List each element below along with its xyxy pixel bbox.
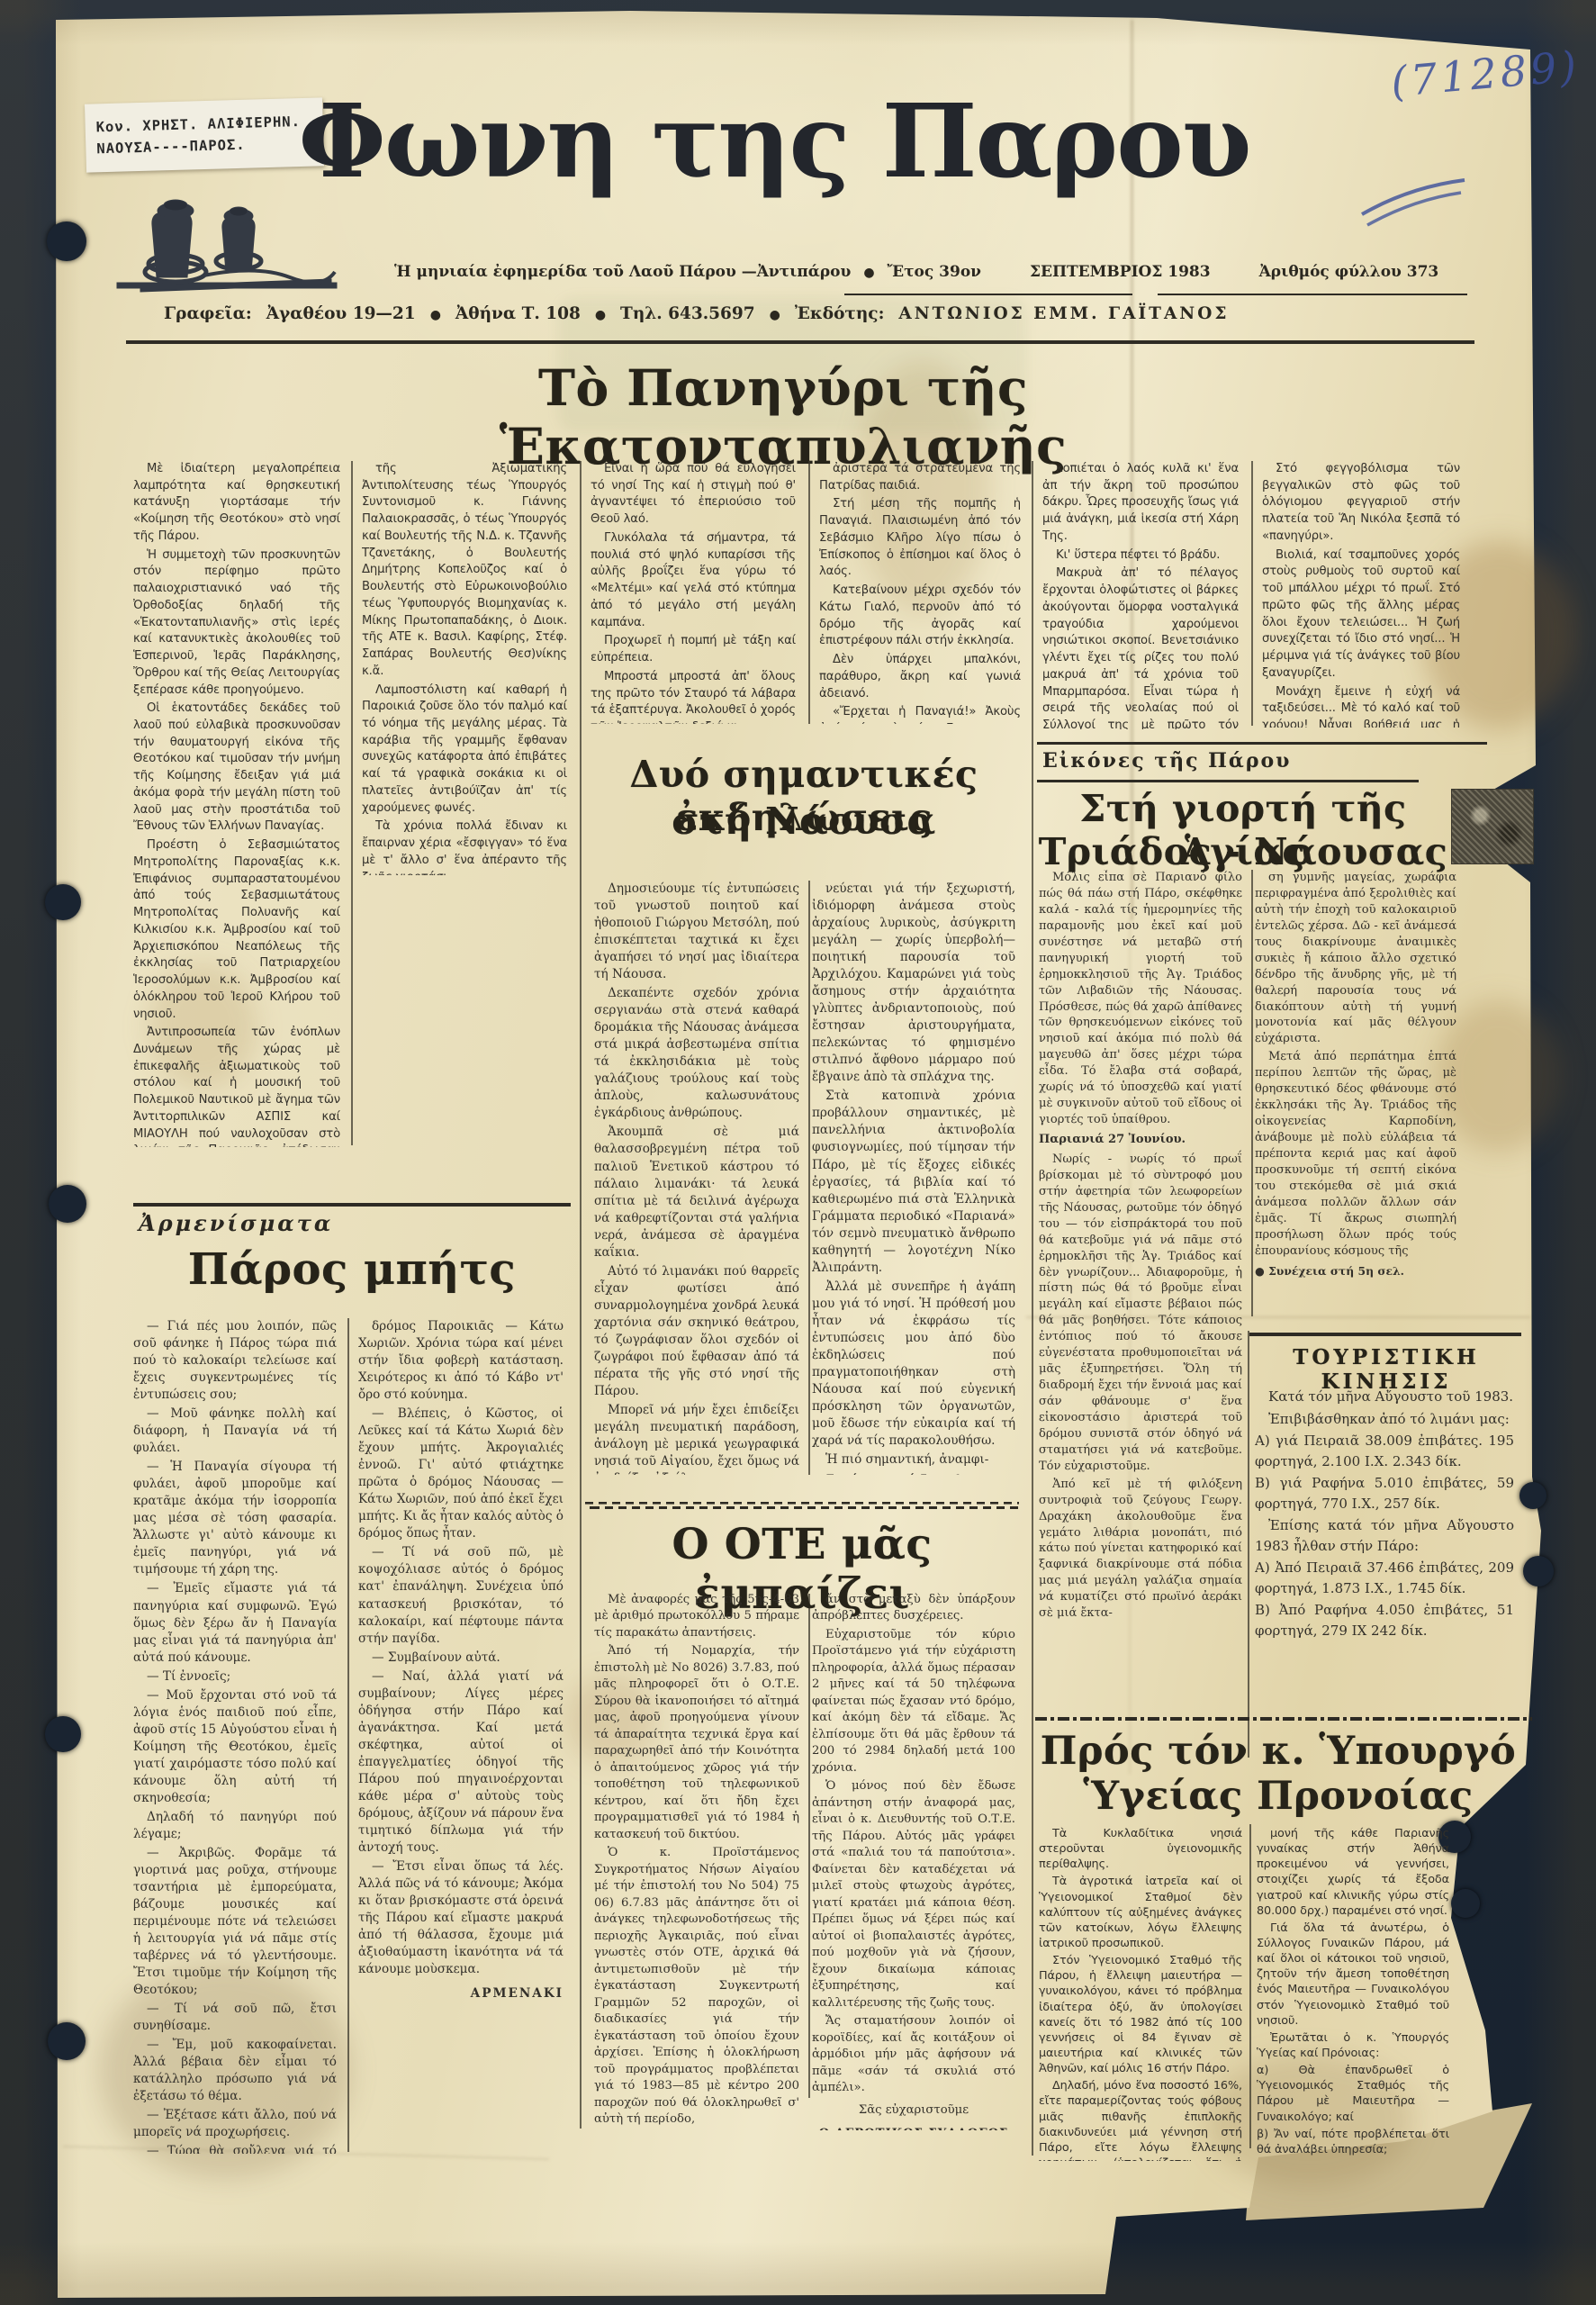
divider-rule (1037, 742, 1487, 745)
article-column: κοπιέται ὁ λαός κυλᾶ κι' ἕνα ἀπ τήν ἄκρη… (1042, 461, 1239, 729)
paragraph: — Βλέπεις, ὁ Κῶστος, οἱ Λεῦκες καί τά Κά… (358, 1406, 564, 1542)
paragraph: τῆς Ἀξιωματικῆς Ἀντιπολίτευσης τέως Ὑπου… (362, 461, 567, 681)
article-column: τῆς Ἀξιωματικῆς Ἀντιπολίτευσης τέως Ὑπου… (362, 461, 567, 875)
paragraph: Ἀπό τή Νομαρχία, τήν ἐπιστολὴ μὲ Νο 8026… (594, 1643, 799, 1843)
paragraph: ● Συνέχεια στή 5η σελ. (812, 1472, 1015, 1475)
paragraph: Ο ΑΓΡΟΤΙΚΟΣ ΣΥΛΛΟΓΟΣ (812, 2126, 1015, 2130)
column-rule (351, 461, 353, 1145)
subtitle-month: ΣΕΠΤΕΜΒΡΙΟΣ 1983 (1030, 263, 1211, 281)
punch-hole (1451, 1889, 1480, 1918)
paragraph: — Συμβαίνουν αὐτά. (358, 1650, 564, 1667)
paragraph: Στὰ κατοπινὰ χρόνια προβάλλουν σημαντικέ… (812, 1088, 1015, 1276)
paragraph: Μόλις εἶπα σὲ Παριανό φίλο πώς θά πάω στ… (1039, 870, 1242, 1128)
paragraph: Β) Ἀπό Ραφήνα 4.050 ἐπιβάτες, 51 φορτηγά… (1255, 1600, 1514, 1641)
punch-hole (49, 1185, 86, 1223)
paragraph: Προέστη ὁ Σεβασμιώτατος Μητροπολίτης Παρ… (133, 837, 340, 1023)
paragraph: «Ἔρχεται ἡ Παναγιά!» Ἀκοὺς ἀπό στόμα σὲ … (819, 704, 1021, 724)
paragraph: Ἡ συμμετοχὴ τῶν προσκυνητῶν στόν περίφημ… (133, 547, 340, 700)
paragraph: Μπορεῖ νά μήν ἔχει ἐπιδείξει μεγάλη πνευ… (594, 1402, 799, 1475)
article-column: Τὰ Κυκλαδίτικα νησιά στεροῦνται ὑγειονομ… (1039, 1826, 1242, 2161)
paragraph: Εὐχαριστοῦμε τόν κύριο Προϊστάμενο γιά τ… (812, 1627, 1015, 1776)
bullet-separator: ● (595, 308, 606, 322)
paragraph: Βιολιά, καί τσαμποῦνες χορός στοὺς ρυθμο… (1262, 547, 1460, 682)
paragraph: Τὰ χρόνια πολλά ἔδιναν κι ἔπαιρναν χέρια… (362, 818, 567, 875)
paragraph: Αὐτό τό λιμανάκι πού θαρρεῖς εἶχαν φωτίσ… (594, 1263, 799, 1400)
paragraph: Νωρίς - νωρίς τό πρωΐ βρίσκομαι μὲ τό σὺ… (1039, 1152, 1242, 1475)
paragraph: Α) γιά Πειραιᾶ 38.009 ἐπιβάτες. 195 φορτ… (1255, 1431, 1514, 1471)
paragraph: — Ἐμεῖς εἴμαστε γιά τά πανηγύρια καί συμ… (133, 1580, 337, 1666)
column-rule (580, 461, 582, 2129)
paragraph: ΑΡΜΕΝΑΚΙ (358, 1985, 564, 2002)
paragraph: — Ναί, ἀλλά γιατί νά συμβαίνουν; Λίγες μ… (358, 1668, 564, 1857)
paragraph: Τὰ Κυκλαδίτικα νησιά στεροῦνται ὑγειονομ… (1039, 1826, 1242, 1872)
masthead-address-line: Γραφεῖα: Ἀγαθέου 19—21 ● Ἀθήνα Τ. 108 ● … (164, 304, 1229, 323)
subtitle-year: Ἔτος 39ον (888, 263, 981, 281)
paragraph: Δηλαδή τό πανηγύρι πού λέγαμε; (133, 1809, 337, 1843)
office-label: Γραφεῖα: (164, 304, 252, 323)
punch-hole (45, 884, 81, 920)
paragraph: Γιά ὅλα τά ἀνωτέρω, ὁ Σύλλογος Γυναικῶν … (1257, 1921, 1449, 2029)
paragraph: Οἱ ἑκατοντάδες δεκάδες τοῦ λαοῦ πού εὐλα… (133, 701, 340, 836)
column-rule (1251, 461, 1253, 726)
punch-hole (1519, 1482, 1546, 1509)
punch-hole (48, 2022, 86, 2060)
divider-rule (1249, 1333, 1521, 1336)
paragraph: — Γιά πές μου λοιπόν, πῶς σοῦ φάνηκε ἡ Π… (133, 1318, 337, 1404)
paragraph: — Τί ἐννοεῖς; (133, 1668, 337, 1686)
paragraph: — Ἐξέτασε κάτι ἄλλο, πού νά μπορεῖς νά π… (133, 2107, 337, 2141)
paragraph: Ὁ μόνος πού δὲν ἔδωσε ἀπάντηση στήν ἀναφ… (812, 1778, 1015, 2011)
punch-hole (1523, 1556, 1554, 1586)
paragraph: Ἐπίσης κατά τόν μῆνα Αὔγουστο 1983 ἦλθαν… (1255, 1515, 1514, 1556)
subtitle-issue: Ἀριθμός φύλλου 373 (1259, 263, 1439, 281)
paragraph: α) Θὰ ἐπανδρωθεῖ ὁ Ὑγειονομικός Σταθμός … (1257, 2063, 1449, 2125)
city: Ἀθήνα Τ. 108 (455, 304, 581, 323)
paragraph: Ἄς σταματήσουν λοιπόν οἱ κοροϊδίες, καί … (812, 2013, 1015, 2096)
article-column: νεύεται γιά τήν ξεχωριστή, ἰδιόμορφη ἀνά… (812, 881, 1015, 1475)
paragraph: Δὲν ὑπάρχει μπαλκόνι, παράθυρο, ἄκρη καί… (819, 652, 1021, 702)
paragraph: Κατεβαίνουν μέχρι σχεδόν τόν Κάτω Γιαλό,… (819, 583, 1021, 650)
divider-rule (126, 340, 1474, 344)
article-column: Εἶναι ἡ ὥρα πού θά εὐλογήσει τό νησί Της… (591, 461, 796, 724)
paragraph: — Ἔτσι εἶναι ὅπως τά λές. Ἀλλά πῶς νά τό… (358, 1858, 564, 1978)
naoussa-headline-line2: στή Νάουσα (587, 800, 1021, 843)
paragraph: Στόν Ὑγειονομικό Σταθμό τῆς Πάρου, ἡ ἔλλ… (1039, 1953, 1242, 2076)
paragraph: Δηλαδή, μόνο ἕνα ποσοστό 16%, εἴτε παραμ… (1039, 2078, 1242, 2161)
paragraph: Μὲ ἀναφορές μας τῆς 5ης-4-83 μὲ ἀριθμό π… (594, 1592, 799, 1641)
paragraph: Α) Ἀπό Πειραιᾶ 37.466 ἐπιβάτες, 209 φορτ… (1255, 1558, 1514, 1598)
paragraph: νεύεται γιά τήν ξεχωριστή, ἰδιόμορφη ἀνά… (812, 881, 1015, 1086)
article-column: Μὲ ἰδιαίτερη μεγαλοπρέπεια λαμπρότητα κα… (133, 461, 340, 1147)
column-rule (1249, 1824, 1251, 2148)
article-column: ση γυμνῆς μαγείας, χωράφια περιφραγμένα … (1255, 870, 1456, 1318)
paragraph: Λαμποστόλιστη καί καθαρή ἡ Παροικιά ζοῦσ… (362, 682, 567, 818)
paragraph: — Ἡ Παναγία σίγουρα τή φυλάει, ἀφοῦ μπορ… (133, 1459, 337, 1578)
paragraph: Στό φεγγοβόλισμα τῶν βεγγαλικῶν στὸ φῶς … (1262, 461, 1460, 546)
pen-mark-icon (1355, 171, 1472, 234)
ypourgo-headline-line2: Ὑγείας Προνοίας (1035, 1774, 1521, 1819)
paragraph: — Μοῦ ἔρχονται στό νοῦ τά λόγια ἑνός παι… (133, 1687, 337, 1807)
paragraph: Μὲ ἰδιαίτερη μεγαλοπρέπεια λαμπρότητα κα… (133, 461, 340, 546)
divider-rule (133, 1203, 571, 1207)
paragraph: δρόμος Παροικιᾶς — Κάτω Χωριῶν. Χρόνια τ… (358, 1318, 564, 1404)
church-photo (1451, 789, 1534, 864)
paragraph: Παριανιά 27 Ἰουνίου. (1039, 1132, 1242, 1148)
bullet-separator: ● (430, 308, 441, 322)
office-address: Ἀγαθέου 19—21 (266, 304, 416, 323)
column-rule (808, 1594, 810, 2098)
paragraph: Β) γιά Ραφήνα 5.010 ἐπιβάτες, 59 φορτηγά… (1255, 1473, 1514, 1514)
article-column: ἄν στὸ μεταξὺ δὲν ὑπάρξουν ἀπρόβλεπτες δ… (812, 1592, 1015, 2130)
divider-rule (1158, 294, 1467, 295)
paragraph: Ἡ πιό σημαντική, ἀναμφι- (812, 1451, 1015, 1469)
bullet-separator: ● (863, 266, 874, 280)
paragraph: — Τί νά σοῦ πῶ, μὲ κοψοχόλιασε αὐτός ὁ δ… (358, 1544, 564, 1647)
paragraph: Κατά τόν μῆνα Αὔγουστο τοῦ 1983. (1255, 1387, 1514, 1407)
column-kicker: Εἰκόνες τῆς Πάρου (1042, 749, 1291, 773)
paragraph: ● Συνέχεια στή 5η σελ. (1255, 1263, 1456, 1279)
bullet-separator: ● (770, 308, 780, 322)
paragraph: Ἀντιπροσωπεία τῶν ἐνόπλων Δυνάμεων τῆς χ… (133, 1025, 340, 1147)
column-rule (808, 461, 810, 724)
paragraph: Στή μέση τῆς πομπῆς ἡ Παναγιά. Πλαισιωμέ… (819, 496, 1021, 581)
paragraph: Ἀκουμπᾶ σὲ μιά θαλασσοβρεγμένη πέτρα τοῦ… (594, 1124, 799, 1261)
paros-beach-headline: Πάρος μπήτς (133, 1244, 571, 1295)
newspaper-title: Φωνη της Παρου (270, 83, 1278, 201)
paragraph: β) Ἄν ναί, πότε προβλέπεται ὅτι θά ἀναλά… (1257, 2127, 1449, 2157)
article-column: μονή τῆς κάθε Παριανῆς γυναίκας στήν Ἀθή… (1257, 1826, 1449, 2161)
paragraph: Σᾶς εὐχαριστοῦμε (812, 2102, 1015, 2119)
paragraph: Κι' ὕστερα πέφτει τό βράδυ. (1042, 547, 1239, 565)
article-column: δρόμος Παροικιᾶς — Κάτω Χωριῶν. Χρόνια τ… (358, 1318, 564, 2154)
paragraph: Ἐρωτᾶται ὁ κ. Ὑπουργός Ὑγείας καί Πρόνοι… (1257, 2030, 1449, 2061)
hatched-divider-rule (585, 1502, 1019, 1509)
paragraph: — Τί νά σοῦ πῶ, ἔτσι συνηθίσαμε. (133, 2001, 337, 2035)
paragraph: — Ἀκριβῶς. Φορᾶμε τά γιορτινά μας ροῦχα,… (133, 1845, 337, 1999)
main-headline: Τὸ Πανηγύρι τῆς Ἑκατονταπυλιανῆς (306, 358, 1260, 475)
paragraph: ἀριστερά τά στρατευμένα τῆς Πατρίδας παι… (819, 461, 1021, 494)
paragraph: Προχωρεῖ ἡ πομπή μὲ τάξη καί εὐπρέπεια. (591, 633, 796, 666)
paragraph: — Ἔμ, μοῦ κακοφαίνεται. Ἀλλά βέβαια δὲν … (133, 2037, 337, 2105)
masthead-subtitle: Ἡ μηνιαία ἐφημερίδα τοῦ Λαοῦ Πάρου —Ἀντι… (394, 263, 1438, 281)
paragraph: Ἐπιβιβάσθηκαν ἀπό τό λιμάνι μας: (1255, 1409, 1514, 1430)
divider-rule (1037, 780, 1419, 782)
paragraph: Γλυκόλαλα τά σήμαντρα, τά πουλιά στό ψηλ… (591, 530, 796, 631)
paragraph: — Μοῦ φάνηκε πολλὴ καί διάφορη, ἡ Παναγί… (133, 1406, 337, 1457)
paragraph: Δεκαπέντε σχεδόν χρόνια σεργιανάω στὰ στ… (594, 985, 799, 1122)
article-column: Μόλις εἶπα σὲ Παριανό φίλο πώς θά πάω στ… (1039, 870, 1242, 1702)
column-kicker: Ἀρμενίσματα (139, 1210, 333, 1236)
paragraph: — Τώρα θὰ σοὔλεγα γιά τό δρόμο, ἀλλά αὐτ… (133, 2143, 337, 2154)
article-column: Στό φεγγοβόλισμα τῶν βεγγαλικῶν στὸ φῶς … (1262, 461, 1460, 728)
column-rule (347, 1318, 349, 2152)
phone: Τηλ. 643.5697 (620, 304, 755, 323)
paragraph: Μονάχη ἔμεινε ἡ εὐχή νά ταξιδεύσει... Μὲ… (1262, 684, 1460, 728)
punch-hole (47, 221, 86, 261)
paragraph: μονή τῆς κάθε Παριανῆς γυναίκας στήν Ἀθή… (1257, 1826, 1449, 1919)
article-column: — Γιά πές μου λοιπόν, πῶς σοῦ φάνηκε ἡ Π… (133, 1318, 337, 2154)
column-rule (808, 881, 810, 1475)
ikones-headline-line2: Τριάδος - Νάουσας (1032, 830, 1455, 873)
article-column: Μὲ ἀναφορές μας τῆς 5ης-4-83 μὲ ἀριθμό π… (594, 1592, 799, 2130)
publisher-name: ΑΝΤ­ΩΝΙΟΣ ΕΜΜ. ΓΑΪΤΑΝΟΣ (898, 304, 1229, 323)
subtitle-main: Ἡ μηνιαία ἐφημερίδα τοῦ Λαοῦ Πάρου —Ἀντι… (394, 263, 851, 281)
column-rule (1251, 870, 1253, 1316)
paragraph: ἄν στὸ μεταξὺ δὲν ὑπάρξουν ἀπρόβλεπτες δ… (812, 1592, 1015, 1625)
paragraph: Μετά ἀπό περπάτημα ἑπτά περίπου λεπτῶν τ… (1255, 1049, 1456, 1259)
paragraph: κοπιέται ὁ λαός κυλᾶ κι' ἕνα ἀπ τήν ἄκρη… (1042, 461, 1239, 546)
publisher-label: Ἐκδότης: (795, 304, 885, 323)
paragraph: Μπροστά μπροστά ἀπ' ὅλους της πρῶτο τόν … (591, 669, 796, 724)
paragraph: Ἀπό κεῖ μὲ τή φιλόξενη συντροφιὰ τοῦ ζεύ… (1039, 1477, 1242, 1622)
article-column: ἀριστερά τά στρατευμένα τῆς Πατρίδας παι… (819, 461, 1021, 724)
ypourgo-headline-line1: Πρός τόν κ. Ὑπουργό (1035, 1729, 1521, 1774)
tourist-traffic-body: Κατά τόν μῆνα Αὔγουστο τοῦ 1983.Ἐπιβιβάσ… (1255, 1387, 1514, 1750)
article-column: Δημοσιεύουμε τίς ἐντυπώσεις τοῦ γνωστοῦ … (594, 881, 799, 1475)
divider-rule (844, 294, 1132, 295)
paragraph: Ἀλλά μὲ συνεπῆρε ἡ ἀγάπη μου γιά τό νησί… (812, 1279, 1015, 1450)
punch-hole (45, 1716, 81, 1752)
paragraph: ση γυμνῆς μαγείας, χωράφια περιφραγμένα … (1255, 870, 1456, 1047)
paragraph: Τὰ ἀγροτικά ἰατρεῖα καί οἱ Ὑγειονομικοί … (1039, 1874, 1242, 1951)
paragraph: Μακρυὰ ἀπ' τό πέλαγος ἔρχονται ὁλοφώτιστ… (1042, 565, 1239, 729)
column-rule (1248, 1331, 1249, 1758)
paragraph: Δημοσιεύουμε τίς ἐντυπώσεις τοῦ γνωστοῦ … (594, 881, 799, 983)
paragraph: Ὁ κ. Προϊστάμενος Συγκροτήματος Νήσων Αἰ… (594, 1845, 799, 2128)
column-rule (1032, 461, 1033, 2156)
paragraph: Εἶναι ἡ ὥρα πού θά εὐλογήσει τό νησί Της… (591, 461, 796, 529)
ornate-divider-rule (1035, 1716, 1532, 1721)
scanned-newspaper-screenshot: { "colors":{"paper":"#eae0bc","ink":"#2e… (0, 0, 1596, 2305)
